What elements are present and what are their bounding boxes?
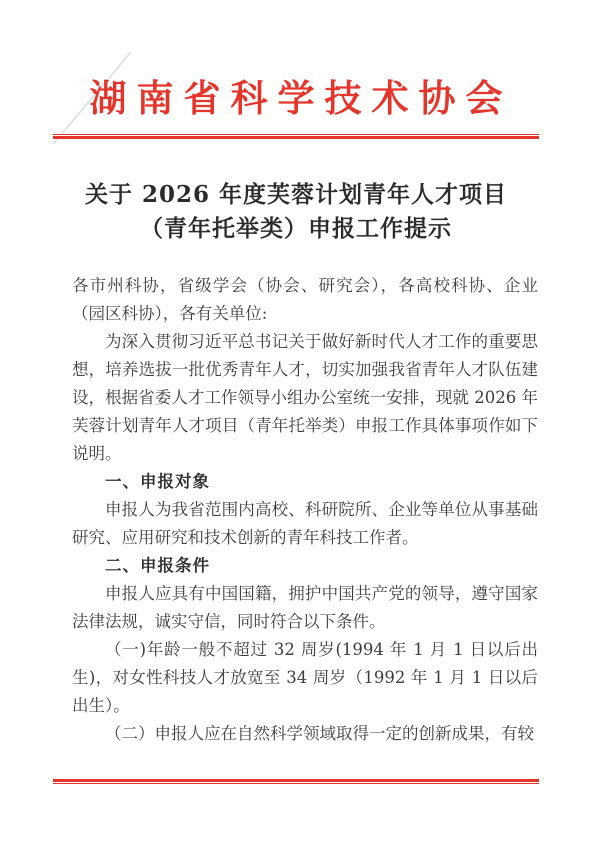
document-title: 关于 2026 年度芙蓉计划青年人才项目 （青年托举类）申报工作提示	[53, 178, 539, 246]
document-page: 湖南省科学技术协会 关于 2026 年度芙蓉计划青年人才项目 （青年托举类）申报…	[0, 0, 600, 848]
application-targets-paragraph: 申报人为我省范围内高校、科研院所、企业等单位从事基础研究、应用研究和技术创新的青…	[72, 496, 538, 552]
intro-paragraph: 为深入贯彻习近平总书记关于做好新时代人才工作的重要思想，培养选拔一批优秀青年人才…	[72, 328, 538, 468]
letterhead: 湖南省科学技术协会	[53, 68, 539, 122]
document-title-line2: （青年托举类）申报工作提示	[53, 212, 539, 246]
org-name: 湖南省科学技术协会	[53, 68, 549, 122]
salutation-line: 各市州科协，省级学会（协会、研究会），各高校科协、企业（园区科协），各有关单位:	[72, 272, 538, 328]
footer-divider-rule	[53, 779, 539, 784]
condition-item-1: （一)年龄一般不超过 32 周岁(1994 年 1 月 1 日以后出生)，对女性…	[72, 636, 538, 720]
section-heading-application-targets: 一、申报对象	[72, 468, 538, 496]
letterhead-divider-rule	[53, 134, 539, 139]
application-conditions-paragraph: 申报人应具有中国国籍，拥护中国共产党的领导，遵守国家法律法规，诚实守信，同时符合…	[72, 580, 538, 636]
document-body: 各市州科协，省级学会（协会、研究会），各高校科协、企业（园区科协），各有关单位:…	[72, 272, 538, 748]
section-heading-application-conditions: 二、申报条件	[72, 552, 538, 580]
document-title-line1: 关于 2026 年度芙蓉计划青年人才项目	[53, 178, 539, 212]
condition-item-2-truncated: （二）申报人应在自然科学领域取得一定的创新成果，有较	[72, 720, 538, 748]
